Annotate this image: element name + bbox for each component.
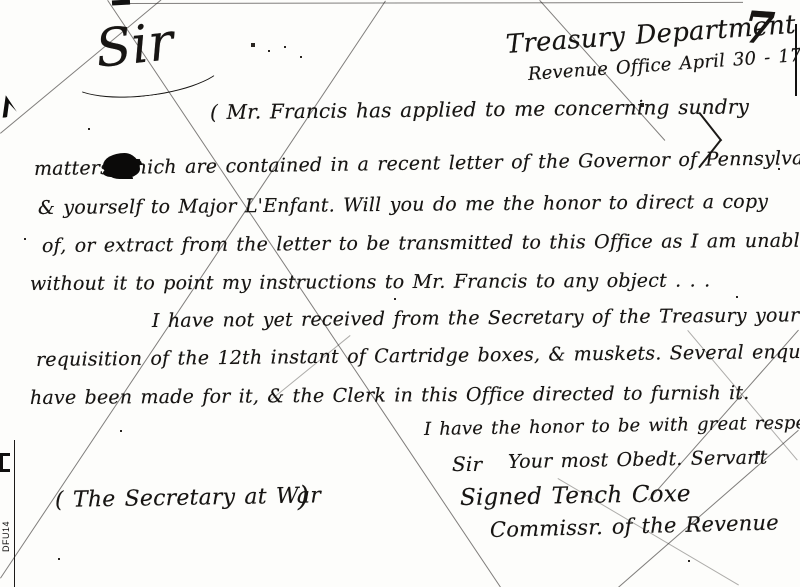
edge-bracket-mark — [0, 453, 10, 472]
signature: Signed Tench Coxe — [460, 481, 691, 511]
scanned-letter-page: DFU14 Sir Treasury Department Revenue Of… — [0, 0, 800, 587]
edge-arrow-mark — [0, 94, 17, 118]
ink-blot — [103, 153, 140, 179]
letter-line: I have not yet received from the Secreta… — [152, 304, 800, 332]
scan-edge-dash — [112, 0, 130, 5]
scan-edge-top-line — [129, 2, 743, 4]
letter-line: requisition of the 12th instant of Cartr… — [36, 341, 800, 371]
letter-line: of, or extract from the letter to be tra… — [42, 230, 800, 257]
closing-servant: Your most Obedt. Servant — [508, 446, 768, 473]
letter-line: have been made for it, & the Clerk in th… — [30, 382, 750, 409]
archive-box-line — [14, 440, 15, 587]
scan-speckles — [0, 0, 2, 2]
closing-honor-line: I have the honor to be with great respec… — [424, 412, 800, 440]
salutation-flourish — [66, 37, 228, 106]
addressee: ( The Secretary at War — [55, 483, 321, 513]
letter-line: matters which are contained in a recent … — [34, 147, 800, 180]
signature-title: Commissr. of the Revenue — [490, 510, 779, 542]
letter-line: & yourself to Major L'Enfant. Will you d… — [38, 191, 768, 219]
addressee-close-paren: ) — [298, 480, 309, 513]
letter-line: without it to point my instructions to M… — [30, 269, 710, 295]
letter-line: ( Mr. Francis has applied to me concerni… — [210, 94, 749, 124]
closing-sir: Sir — [452, 452, 482, 476]
archive-code-label: DFU14 — [1, 494, 11, 552]
page-number: 7 — [742, 2, 776, 55]
